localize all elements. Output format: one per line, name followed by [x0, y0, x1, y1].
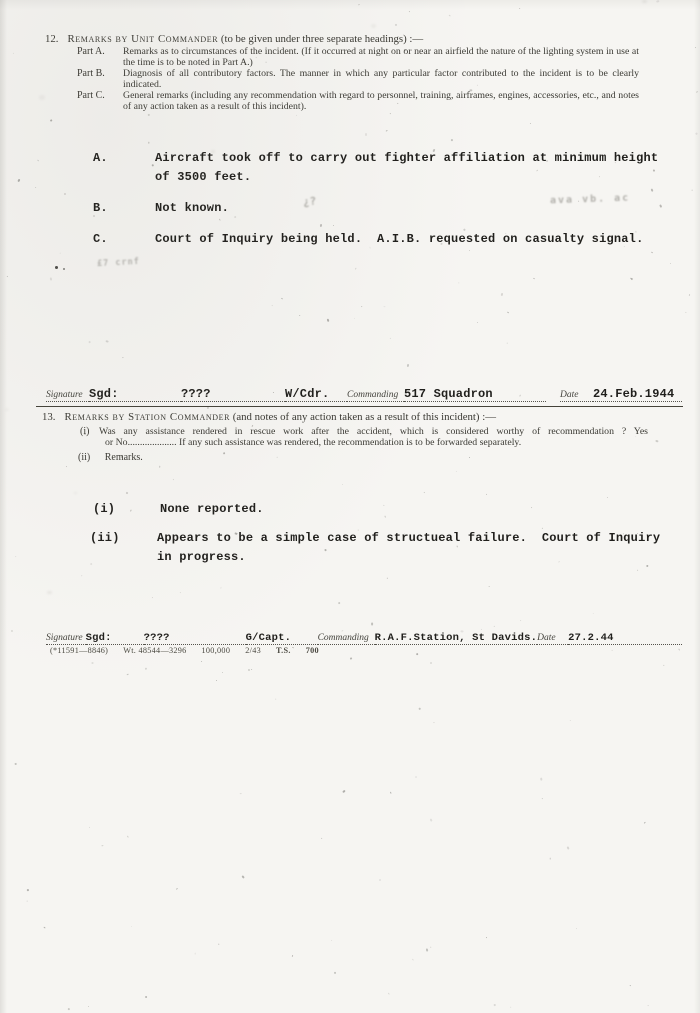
commanding-label: Commanding [318, 633, 375, 645]
sub-ii-label: (ii) [78, 452, 90, 463]
scan-speck [433, 722, 435, 724]
scan-speck [390, 792, 392, 794]
scan-speck [695, 47, 696, 48]
scan-speck [486, 494, 487, 495]
date-label: Date [560, 390, 593, 402]
scan-speck [407, 364, 410, 367]
item12-heading: 12.Remarks by Unit Commander (to be give… [45, 33, 645, 45]
typed-answer-ii-label: (ii) [90, 529, 157, 567]
scan-speck [540, 778, 543, 781]
scan-speck [451, 139, 454, 142]
scan-speck [430, 662, 432, 664]
scan-speck [331, 940, 333, 942]
scan-speck [689, 294, 691, 296]
part-c-text: General remarks (including any recommend… [123, 91, 639, 112]
typed-answer-ii: (ii) Appears to be a simple case of stru… [90, 529, 669, 567]
scan-speck [37, 159, 40, 161]
scan-speck [384, 306, 386, 307]
scan-speck [388, 993, 390, 995]
scan-speck [218, 944, 220, 945]
scan-speck [240, 793, 242, 794]
scan-speck [126, 492, 129, 495]
scan-speck [542, 798, 543, 799]
scan-speck [15, 763, 17, 765]
typed-answer-i: (i) None reported. [93, 500, 672, 519]
sub-i-text: Was any assistance rendered in rescue wo… [99, 426, 648, 448]
scan-speck [321, 838, 323, 840]
scan-speck [430, 819, 433, 822]
scan-speck [89, 827, 90, 828]
typed-answer-c-label: C. [93, 230, 155, 249]
scan-speck [430, 947, 431, 949]
scan-speck [696, 133, 698, 135]
scan-speck [365, 133, 367, 136]
scan-speck [342, 484, 343, 485]
scan-speck [296, 115, 297, 116]
scanned-document-page: 12.Remarks by Unit Commander (to be give… [0, 0, 700, 1013]
part-a-label: Part A. [77, 47, 123, 68]
scan-speck [426, 949, 429, 952]
scan-speck [416, 653, 419, 656]
scan-speck [44, 927, 46, 929]
signature-label: Signature [46, 633, 86, 645]
scan-speck [520, 620, 522, 622]
date-label: Date [537, 633, 568, 645]
item12-parts: Part A. Remarks as to circumstances of t… [77, 47, 639, 114]
sub-i-label: (i) [80, 426, 99, 448]
scan-blotch [47, 591, 52, 594]
scan-speck [122, 357, 124, 359]
scan-speck [412, 959, 414, 961]
part-b-text: Diagnosis of all contributory factors. T… [123, 69, 639, 90]
scan-speck [88, 1006, 90, 1008]
scan-speck [15, 556, 16, 557]
scan-speck [533, 278, 535, 280]
part-c-row: Part C. General remarks (including any r… [77, 91, 639, 112]
commanding-unit: 517 Squadron [404, 387, 546, 402]
scan-speck [105, 340, 108, 343]
scan-speck [424, 492, 425, 493]
scan-speck [507, 343, 508, 344]
scan-speck [630, 985, 631, 986]
scan-speck [477, 322, 478, 323]
signatory-rank: W/Cdr. [285, 387, 347, 402]
signature-label: Signature [46, 390, 89, 402]
imprint-token: 100,000 [202, 646, 231, 655]
typed-answer-a: A. Aircraft took off to carry out fighte… [93, 149, 667, 187]
scan-speck [612, 650, 613, 651]
scan-speck [145, 996, 147, 998]
scan-speck [678, 648, 680, 650]
scan-speck [66, 466, 67, 467]
signatory-name: ???? [181, 387, 285, 402]
scan-speck [656, 440, 659, 443]
unit-commander-signature-line: Signature Sgd: ???? W/Cdr. Commanding 51… [46, 385, 682, 402]
scan-speck [395, 24, 398, 27]
scan-speck [223, 452, 225, 455]
scan-speck [35, 187, 37, 189]
scan-speck [251, 669, 252, 670]
scan-speck [354, 318, 355, 319]
scan-speck [656, 0, 659, 3]
scan-speck [607, 497, 608, 498]
scan-speck [333, 225, 334, 226]
scan-blotch [642, 0, 647, 3]
ink-speck [55, 266, 58, 269]
scan-speck [64, 193, 66, 195]
scan-speck [648, 1005, 649, 1006]
scan-speck [486, 937, 487, 938]
scan-speck [637, 570, 638, 571]
part-a-text: Remarks as to circumstances of the incid… [123, 47, 639, 68]
scan-speck [148, 142, 149, 144]
typed-answer-b-label: B. [93, 199, 155, 218]
part-c-label: Part C. [77, 91, 123, 112]
scan-speck [390, 338, 391, 339]
sub-i-line1: Was any assistance rendered in rescue wo… [99, 426, 648, 437]
scan-speck [567, 847, 570, 850]
scan-speck [507, 312, 509, 314]
scan-speck [371, 623, 373, 626]
typed-answer-b-text: Not known. [155, 199, 667, 218]
typed-answer-b: B. Not known. [93, 199, 667, 218]
scan-speck [131, 926, 132, 927]
ink-speck [63, 268, 65, 270]
section-divider-rule [36, 406, 683, 407]
scan-speck [630, 278, 632, 280]
scan-speck [631, 278, 634, 281]
scan-speck [89, 341, 91, 343]
scan-speck [159, 466, 160, 468]
item13-sub-ii: (ii) Remarks. [78, 452, 143, 463]
imprint-token: (*11591—8846) [50, 646, 108, 655]
scan-speck [570, 720, 571, 721]
scan-speck [60, 253, 61, 254]
scan-speck [127, 674, 129, 675]
scan-speck [173, 479, 174, 480]
scan-speck [350, 658, 353, 660]
scan-speck [651, 252, 653, 254]
scan-speck [222, 672, 223, 673]
scan-speck [358, 4, 360, 6]
scan-blotch [371, 24, 376, 28]
scan-speck [576, 928, 577, 929]
imprint-token: 2/43 [245, 646, 261, 655]
item13-number: 13. [42, 411, 56, 423]
scan-speck [644, 822, 646, 824]
imprint-token: Wt. 48544—3296 [123, 646, 186, 655]
scan-speck [449, 15, 451, 17]
scan-speck [216, 680, 217, 681]
typed-answer-a-text: Aircraft took off to carry out fighter a… [155, 149, 667, 187]
scan-speck [456, 471, 457, 472]
scan-speck [50, 120, 53, 122]
scan-speck [11, 630, 13, 632]
scan-speck [386, 130, 388, 132]
scan-speck [201, 661, 202, 662]
scan-speck [299, 315, 301, 317]
scan-speck [13, 53, 14, 54]
scan-speck [489, 586, 490, 587]
signature-date: 24.Feb.1944 [593, 387, 682, 402]
scan-speck [292, 955, 294, 957]
scan-speck [387, 578, 388, 579]
typed-answer-c: C. Court of Inquiry being held. A.I.B. r… [93, 230, 667, 249]
scan-speck [92, 662, 94, 664]
scan-speck [692, 190, 693, 191]
scan-speck [281, 298, 283, 300]
imprint-token: T.S. [276, 646, 291, 655]
signatory-rank: G/Capt. [246, 632, 318, 645]
scan-speck [670, 263, 671, 264]
scan-speck [409, 11, 410, 12]
scan-speck [685, 312, 687, 314]
scan-speck [241, 876, 244, 879]
scan-speck [379, 879, 381, 881]
scan-blotch [74, 492, 77, 494]
part-b-label: Part B. [77, 69, 123, 90]
scan-speck [549, 858, 550, 860]
scan-speck [469, 457, 470, 458]
scan-speck [510, 1007, 511, 1008]
part-a-row: Part A. Remarks as to circumstances of t… [77, 47, 639, 68]
scan-speck [530, 123, 531, 124]
scan-speck [127, 836, 128, 838]
scan-speck [338, 602, 341, 605]
scan-speck [320, 224, 323, 227]
scan-speck [152, 597, 153, 598]
scan-speck [275, 699, 276, 700]
item12-title: Remarks by Unit Commander [68, 33, 219, 45]
scan-speck [696, 91, 698, 93]
scan-speck [334, 972, 336, 974]
scan-speck [102, 845, 104, 847]
scan-speck [327, 319, 330, 322]
typed-answer-a-label: A. [93, 149, 155, 187]
part-b-row: Part B. Diagnosis of all contributory fa… [77, 69, 639, 90]
signed-abbrev: Sgd: [89, 387, 181, 402]
scan-speck [219, 219, 221, 221]
imprint-token: 700 [306, 646, 319, 655]
scan-speck [220, 587, 222, 589]
commanding-unit: R.A.F.Station, St Davids. [375, 632, 538, 645]
scan-blotch [39, 95, 45, 100]
scan-speck [355, 268, 357, 270]
item12-number: 12. [45, 33, 59, 45]
typed-answer-i-label: (i) [93, 500, 160, 519]
scan-speck [194, 953, 196, 955]
scan-speck [501, 293, 504, 296]
typed-answer-i-text: None reported. [160, 500, 672, 519]
scan-speck [68, 1008, 71, 1011]
typed-answer-ii-text: Appears to be a simple case of structuea… [157, 529, 669, 567]
scan-speck [176, 888, 178, 890]
scan-speck [148, 114, 150, 116]
typed-answer-c-text: Court of Inquiry being held. A.I.B. requ… [155, 230, 667, 249]
scan-speck [18, 179, 21, 182]
item13-sub-i: (i) Was any assistance rendered in rescu… [80, 426, 648, 448]
scan-speck [458, 282, 459, 284]
scan-speck [7, 276, 8, 277]
scan-speck [415, 776, 417, 779]
scan-speck [50, 278, 52, 281]
scan-speck [342, 790, 345, 793]
sub-i-line2: or No.................... If any such as… [99, 437, 648, 448]
scan-speck [593, 613, 594, 614]
scan-speck [494, 626, 495, 627]
scan-speck [248, 669, 250, 671]
scan-speck [81, 575, 83, 577]
scan-speck [27, 889, 30, 892]
signature-date: 27.2.44 [568, 632, 682, 645]
scan-speck [277, 457, 278, 458]
scan-speck [651, 189, 654, 192]
scan-blotch [5, 408, 9, 411]
scan-speck [519, 8, 520, 9]
item13-title: Remarks by Station Commander [65, 411, 231, 423]
signatory-name: ???? [144, 632, 246, 645]
form-imprint: (*11591—8846) Wt. 48544—3296 100,000 2/4… [50, 646, 319, 655]
signed-abbrev: Sgd: [86, 632, 144, 645]
commanding-label: Commanding [347, 390, 404, 402]
bleedthrough-mark: £7 crnf [97, 257, 140, 269]
item12-title-suffix: (to be given under three separate headin… [221, 33, 423, 45]
scan-speck [145, 668, 146, 670]
scan-speck [27, 901, 28, 902]
item13-heading: 13.Remarks by Station Commander (and not… [42, 411, 657, 423]
scan-speck [494, 1004, 496, 1006]
scan-speck [180, 592, 181, 593]
scan-speck [272, 305, 273, 306]
item13-title-suffix: (and notes of any action taken as a resu… [233, 411, 496, 423]
scan-speck [361, 306, 363, 308]
scan-speck [419, 708, 421, 710]
scan-speck [663, 665, 664, 667]
station-commander-signature-line: Signature Sgd: ???? G/Capt. Commanding R… [46, 628, 682, 645]
sub-ii-text: Remarks. [105, 452, 143, 463]
scan-speck [469, 250, 470, 251]
